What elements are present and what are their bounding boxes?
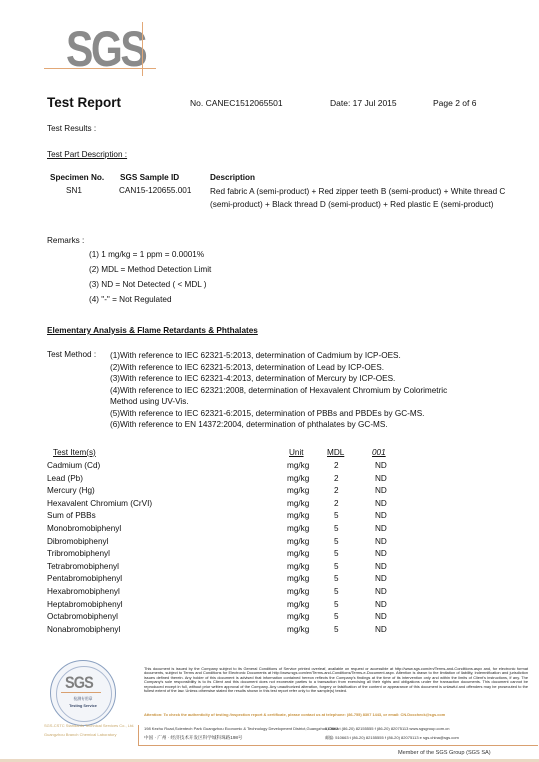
disclaimer-text: This document is issued by the Company s…	[144, 667, 528, 693]
test-method-line: (6)With reference to EN 14372:2004, dete…	[110, 419, 447, 431]
test-method-line: (5)With reference to IEC 62321-6:2015, d…	[110, 408, 447, 420]
sample-id: CAN15-120655.001	[119, 186, 191, 195]
member-statement: Member of the SGS Group (SGS SA)	[398, 750, 491, 756]
result-cell: ND	[375, 486, 387, 495]
unit-cell: mg/kg	[287, 524, 309, 533]
specimen-no-header: Specimen No.	[50, 173, 104, 182]
stamp-caption-company: SGS-CSTC Standards Technical Services Co…	[44, 723, 134, 728]
mdl-cell: 5	[334, 549, 339, 558]
address-chinese: 中国 · 广州 · 经济技术开发区科学城科珠路198号	[144, 735, 243, 741]
table-row: Nonabromobiphenylmg/kg5ND	[0, 625, 539, 638]
unit-cell: mg/kg	[287, 549, 309, 558]
table-row: Tetrabromobiphenylmg/kg5ND	[0, 562, 539, 575]
table-row: Cadmium (Cd)mg/kg2ND	[0, 461, 539, 474]
stamp-chinese-text: 检测专用章	[51, 697, 115, 702]
sample-id-header: SGS Sample ID	[120, 173, 179, 182]
test-item-name: Pentabromobiphenyl	[47, 574, 122, 583]
test-results-label: Test Results :	[47, 124, 96, 133]
unit-cell: mg/kg	[287, 474, 309, 483]
unit-cell: mg/kg	[287, 499, 309, 508]
stamp-service-text: Testing Service	[51, 704, 115, 708]
table-row: Mercury (Hg)mg/kg2ND	[0, 486, 539, 499]
contact-line-2: 邮编: 510663 t (86-20) 82155555 f (86-20) …	[325, 735, 459, 741]
test-item-name: Heptabromobiphenyl	[47, 600, 123, 609]
test-item-name: Sum of PBBs	[47, 511, 96, 520]
authenticity-notice: Attention: To check the authenticity of …	[144, 713, 528, 717]
mdl-cell: 5	[334, 587, 339, 596]
testing-service-stamp: SGS 检测专用章 Testing Service	[50, 660, 116, 726]
specimen-description: Red fabric A (semi-product) + Red zipper…	[210, 186, 510, 211]
table-row: Hexavalent Chromium (CrVI)mg/kg2ND	[0, 499, 539, 512]
result-cell: ND	[375, 524, 387, 533]
unit-cell: mg/kg	[287, 612, 309, 621]
test-method-line: (1)With reference to IEC 62321-5:2013, d…	[110, 350, 447, 362]
mdl-cell: 5	[334, 537, 339, 546]
result-cell: ND	[375, 499, 387, 508]
unit-cell: mg/kg	[287, 625, 309, 634]
test-item-name: Cadmium (Cd)	[47, 461, 100, 470]
address-english: 198 Kezhu Road,Scientech Park Guangzhou …	[144, 726, 339, 731]
report-title: Test Report	[47, 95, 121, 110]
remark-item: (2) MDL = Method Detection Limit	[89, 265, 211, 274]
test-item-name: Hexavalent Chromium (CrVI)	[47, 499, 152, 508]
test-part-description-label: Test Part Description :	[47, 150, 127, 159]
test-method-list: (1)With reference to IEC 62321-5:2013, d…	[110, 350, 447, 431]
sgs-logo: SGS	[44, 20, 160, 78]
mdl-cell: 5	[334, 625, 339, 634]
test-item-name: Lead (Pb)	[47, 474, 83, 483]
mdl-cell: 5	[334, 524, 339, 533]
remarks-label: Remarks :	[47, 236, 84, 245]
test-item-name: Hexabromobiphenyl	[47, 587, 120, 596]
test-method-line: (4)With reference to IEC 62321:2008, det…	[110, 385, 447, 397]
footer: SGS 检测专用章 Testing Service SGS-CSTC Stand…	[0, 655, 539, 762]
mdl-cell: 2	[334, 474, 339, 483]
unit-cell: mg/kg	[287, 600, 309, 609]
mdl-cell: 2	[334, 499, 339, 508]
mdl-cell: 5	[334, 612, 339, 621]
table-row: Hexabromobiphenylmg/kg5ND	[0, 587, 539, 600]
unit-cell: mg/kg	[287, 537, 309, 546]
mdl-cell: 5	[334, 562, 339, 571]
logo-accent-vline	[142, 22, 143, 76]
result-cell: ND	[375, 625, 387, 634]
unit-cell: mg/kg	[287, 562, 309, 571]
address-divider	[138, 725, 139, 745]
contact-line-1: 510663 t (86-20) 82155555 f (86-20) 8207…	[325, 726, 449, 731]
result-cell: ND	[375, 587, 387, 596]
table-row: Heptabromobiphenylmg/kg5ND	[0, 600, 539, 613]
logo-text: SGS	[66, 20, 145, 78]
result-cell: ND	[375, 549, 387, 558]
description-header: Description	[210, 173, 255, 182]
test-item-name: Octabromobiphenyl	[47, 612, 118, 621]
result-cell: ND	[375, 461, 387, 470]
test-item-name: Nonabromobiphenyl	[47, 625, 120, 634]
logo-accent-hline	[44, 68, 156, 69]
report-number: No. CANEC1512065501	[190, 98, 283, 108]
unit-cell: mg/kg	[287, 461, 309, 470]
table-row: Tribromobiphenylmg/kg5ND	[0, 549, 539, 562]
test-method-line: (3)With reference to IEC 62321-4:2013, d…	[110, 373, 447, 385]
mdl-cell: 2	[334, 486, 339, 495]
remark-item: (3) ND = Not Detected ( < MDL )	[89, 280, 207, 289]
unit-cell: mg/kg	[287, 511, 309, 520]
remark-item: (4) "-" = Not Regulated	[89, 295, 172, 304]
test-item-name: Mercury (Hg)	[47, 486, 95, 495]
footer-divider	[138, 745, 538, 746]
mdl-cell: 5	[334, 600, 339, 609]
page-indicator: Page 2 of 6	[433, 98, 476, 108]
table-row: Dibromobiphenylmg/kg5ND	[0, 537, 539, 550]
mdl-cell: 5	[334, 511, 339, 520]
table-row: Lead (Pb)mg/kg2ND	[0, 474, 539, 487]
table-row: Octabromobiphenylmg/kg5ND	[0, 612, 539, 625]
test-item-name: Monobromobiphenyl	[47, 524, 121, 533]
section-title: Elementary Analysis & Flame Retardants &…	[47, 326, 258, 335]
unit-cell: mg/kg	[287, 486, 309, 495]
test-method-label: Test Method :	[47, 350, 96, 359]
result-cell: ND	[375, 574, 387, 583]
test-item-name: Tetrabromobiphenyl	[47, 562, 119, 571]
result-cell: ND	[375, 600, 387, 609]
specimen-no: SN1	[66, 186, 82, 195]
unit-cell: mg/kg	[287, 574, 309, 583]
test-item-name: Dibromobiphenyl	[47, 537, 108, 546]
remark-item: (1) 1 mg/kg = 1 ppm = 0.0001%	[89, 250, 204, 259]
report-date: Date: 17 Jul 2015	[330, 98, 397, 108]
result-cell: ND	[375, 562, 387, 571]
test-item-name: Tribromobiphenyl	[47, 549, 110, 558]
table-row: Sum of PBBsmg/kg5ND	[0, 511, 539, 524]
stamp-accent-line	[61, 692, 101, 693]
col-header-test-item: Test Item(s)	[53, 448, 96, 457]
test-method-line: Method using UV-Vis.	[110, 396, 447, 408]
result-cell: ND	[375, 474, 387, 483]
unit-cell: mg/kg	[287, 587, 309, 596]
test-method-line: (2)With reference to IEC 62321-5:2013, d…	[110, 362, 447, 374]
table-row: Monobromobiphenylmg/kg5ND	[0, 524, 539, 537]
mdl-cell: 2	[334, 461, 339, 470]
result-cell: ND	[375, 511, 387, 520]
col-header-unit: Unit	[289, 448, 304, 457]
stamp-logo: SGS	[65, 673, 93, 693]
mdl-cell: 5	[334, 574, 339, 583]
col-header-mdl: MDL	[327, 448, 344, 457]
result-cell: ND	[375, 537, 387, 546]
col-header-sample-001: 001	[372, 448, 386, 457]
result-cell: ND	[375, 612, 387, 621]
results-table-body: Cadmium (Cd)mg/kg2NDLead (Pb)mg/kg2NDMer…	[0, 461, 539, 637]
table-row: Pentabromobiphenylmg/kg5ND	[0, 574, 539, 587]
stamp-caption-lab: Guangzhou Branch Chemical Laboratory	[44, 732, 117, 737]
